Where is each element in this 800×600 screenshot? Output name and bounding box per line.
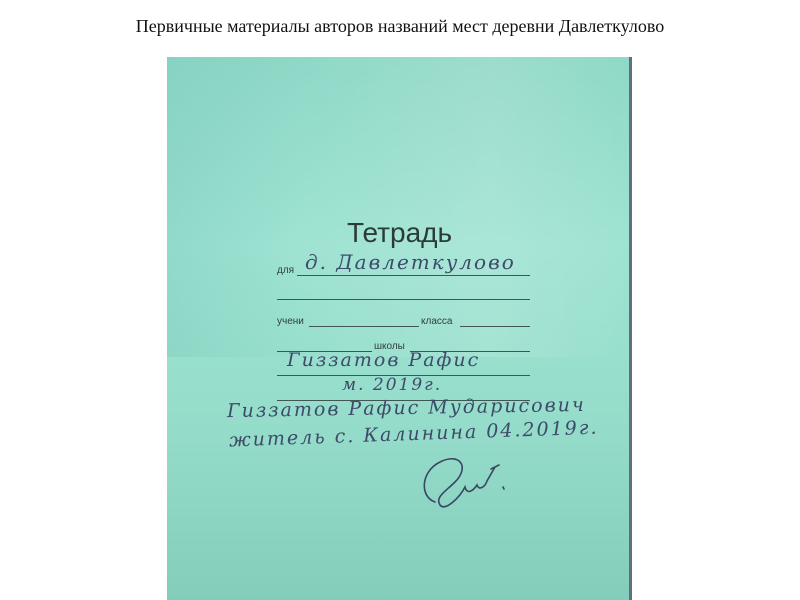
line-class: [460, 326, 530, 327]
handwritten-name: Гиззатов Рафис: [287, 349, 480, 371]
cover-title: Тетрадь: [347, 217, 452, 249]
slide-title: Первичные материалы авторов названий мес…: [0, 16, 800, 37]
handwritten-note-line-2: житель с. Калинина 04.2019г.: [229, 417, 599, 452]
notebook-cover-photo: Тетрадь для д. Давлеткулово учени класса…: [167, 57, 632, 600]
line-for: [297, 275, 530, 276]
line-blank: [277, 299, 530, 300]
handwritten-year: м. 2019г.: [342, 375, 442, 395]
label-class: класса: [421, 316, 452, 327]
line-student: [309, 326, 419, 327]
label-for: для: [277, 265, 294, 276]
label-student: учени: [277, 316, 304, 327]
signature-icon: [415, 447, 515, 517]
handwritten-for-value: д. Давлеткулово: [305, 250, 516, 274]
